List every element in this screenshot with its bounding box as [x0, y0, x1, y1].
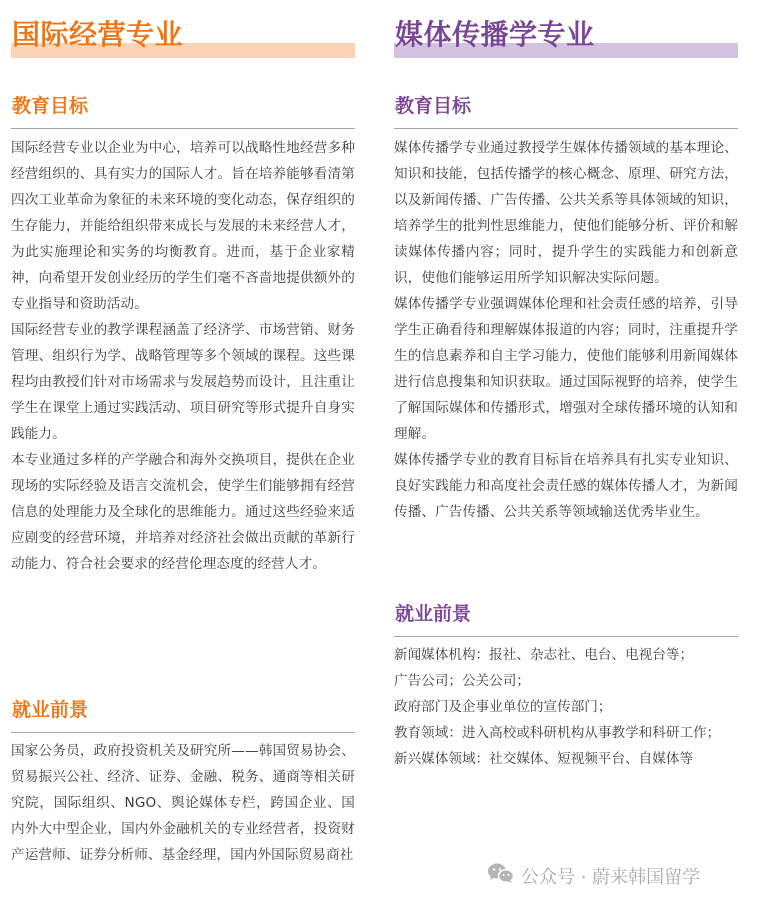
career-list-item: 政府部门及企事业单位的宣传部门；: [394, 694, 738, 720]
major-title-international-business: 国际经营专业: [11, 0, 355, 60]
section-heading-education: 教育目标: [394, 93, 738, 119]
divider: [11, 732, 355, 733]
major-title-text: 媒体传播学专业: [395, 18, 595, 52]
education-paragraph: 本专业通过多样的产学融合和海外交换项目，提供在企业现场的实际经验及语言交流机会，…: [11, 447, 355, 577]
education-section: 教育目标 国际经营专业以企业为中心，培养可以战略性地经营多种经营组织的、具有实力…: [11, 93, 355, 577]
section-heading-career: 就业前景: [394, 601, 738, 627]
section-heading-career: 就业前景: [11, 697, 355, 723]
career-list-item: 新兴媒体领域：社交媒体、短视频平台、自媒体等: [394, 746, 738, 772]
education-section: 教育目标 媒体传播学专业通过教授学生媒体传播领域的基本理论、知识和技能，包括传播…: [394, 93, 738, 525]
wechat-icon: [487, 862, 515, 889]
career-list: 新闻媒体机构：报社、杂志社、电台、电视台等； 广告公司；公关公司； 政府部门及企…: [394, 642, 738, 772]
career-list-item: 广告公司；公关公司；: [394, 668, 738, 694]
education-paragraph: 国际经营专业的教学课程涵盖了经济学、市场营销、财务管理、组织行为学、战略管理等多…: [11, 317, 355, 447]
watermark-text: 公众号 · 蔚来韩国留学: [521, 863, 700, 889]
major-title-text: 国际经营专业: [12, 18, 183, 52]
career-list-item: 教育领域：进入高校或科研机构从事教学和科研工作；: [394, 720, 738, 746]
education-paragraph: 媒体传播学专业的教育目标旨在培养具有扎实专业知识、良好实践能力和高度社会责任感的…: [394, 447, 738, 525]
career-list-item: 新闻媒体机构：报社、杂志社、电台、电视台等；: [394, 642, 738, 668]
divider: [394, 636, 738, 637]
education-paragraph: 媒体传播学专业强调媒体伦理和社会责任感的培养，引导学生正确看待和理解媒体报道的内…: [394, 291, 738, 447]
media-communication-column: 媒体传播学专业 教育目标 媒体传播学专业通过教授学生媒体传播领域的基本理论、知识…: [394, 0, 738, 525]
education-paragraph: 媒体传播学专业通过教授学生媒体传播领域的基本理论、知识和技能，包括传播学的核心概…: [394, 135, 738, 291]
section-heading-education: 教育目标: [11, 93, 355, 119]
education-paragraph: 国际经营专业以企业为中心，培养可以战略性地经营多种经营组织的、具有实力的国际人才…: [11, 135, 355, 317]
divider: [11, 128, 355, 129]
international-business-column: 国际经营专业 教育目标 国际经营专业以企业为中心，培养可以战略性地经营多种经营组…: [11, 0, 355, 577]
watermark: 公众号 · 蔚来韩国留学: [487, 862, 700, 889]
divider: [394, 128, 738, 129]
career-section: 就业前景 国家公务员，政府投资机关及研究所——韩国贸易协会、贸易振兴公社、经济、…: [11, 697, 355, 868]
career-paragraph: 国家公务员，政府投资机关及研究所——韩国贸易协会、贸易振兴公社、经济、证券、金融…: [11, 738, 355, 868]
major-title-media-communication: 媒体传播学专业: [394, 0, 738, 60]
career-section: 就业前景 新闻媒体机构：报社、杂志社、电台、电视台等； 广告公司；公关公司； 政…: [394, 601, 738, 772]
